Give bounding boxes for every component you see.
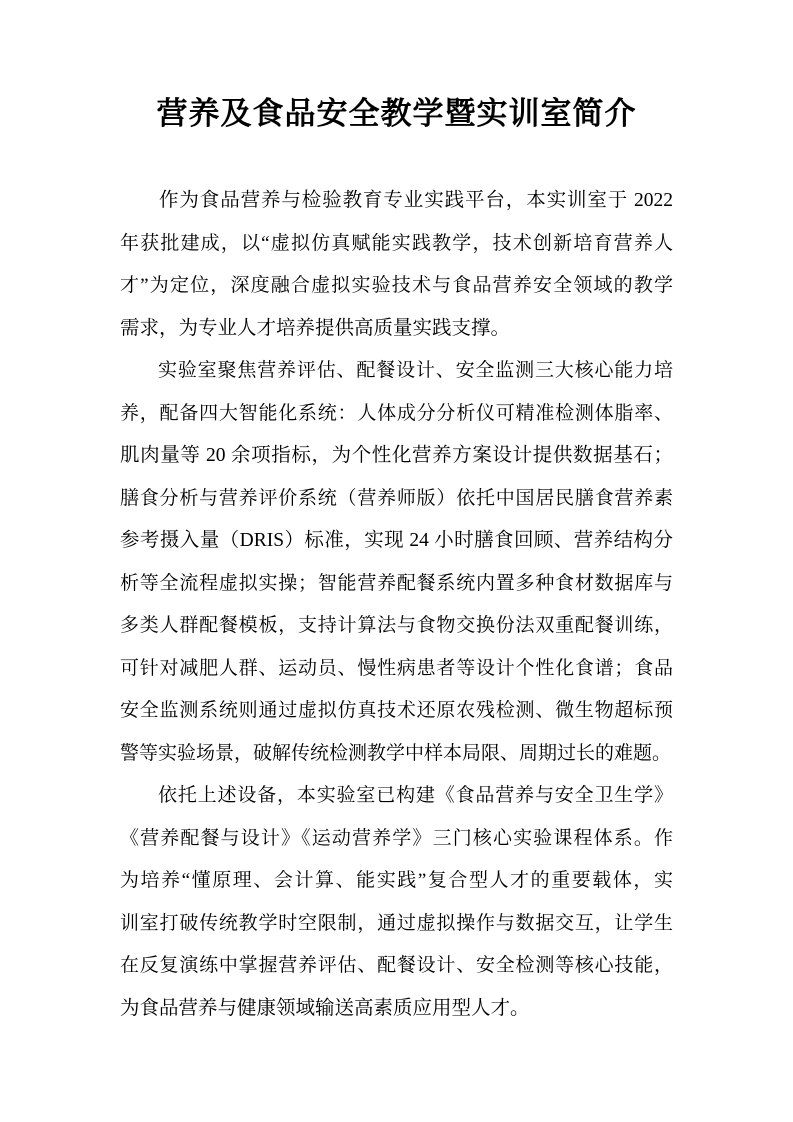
text-line: 多类人群配餐模板，支持计算法与食物交换份法双重配餐训练，	[120, 605, 673, 648]
text-line: 作为食品营养与检验教育专业实践平台，本实训室于 2022	[120, 180, 673, 223]
text-line: 训室打破传统教学时空限制，通过虚拟操作与数据交互，让学生	[120, 903, 673, 946]
text-line: 实验室聚焦营养评估、配餐设计、安全监测三大核心能力培	[120, 350, 673, 393]
text-line: 为食品营养与健康领域输送高素质应用型人才。	[120, 988, 673, 1031]
text-line: 养，配备四大智能化系统：人体成分分析仪可精准检测体脂率、	[120, 393, 673, 436]
text-line: 析等全流程虚拟实操；智能营养配餐系统内置多种食材数据库与	[120, 563, 673, 606]
text-line: 在反复演练中掌握营养评估、配餐设计、安全检测等核心技能，	[120, 945, 673, 988]
text-line: 为培养“懂原理、会计算、能实践”复合型人才的重要载体，实	[120, 860, 673, 903]
document-page: 营养及食品安全教学暨实训室简介 作为食品营养与检验教育专业实践平台，本实训室于 …	[0, 0, 793, 1122]
text-line: 安全监测系统则通过虚拟仿真技术还原农残检测、微生物超标预	[120, 690, 673, 733]
paragraph-3: 依托上述设备，本实验室已构建《食品营养与安全卫生学》 《营养配餐与设计》《运动营…	[120, 775, 673, 1030]
document-body: 作为食品营养与检验教育专业实践平台，本实训室于 2022 年获批建成，以“虚拟仿…	[120, 180, 673, 1030]
text-line: 年获批建成，以“虚拟仿真赋能实践教学，技术创新培育营养人	[120, 223, 673, 266]
text-line: 膳食分析与营养评价系统（营养师版）依托中国居民膳食营养素	[120, 478, 673, 521]
paragraph-1: 作为食品营养与检验教育专业实践平台，本实训室于 2022 年获批建成，以“虚拟仿…	[120, 180, 673, 350]
text-line: 需求，为专业人才培养提供高质量实践支撑。	[120, 308, 673, 351]
text-line: 《营养配餐与设计》《运动营养学》三门核心实验课程体系。作	[120, 818, 673, 861]
text-line: 依托上述设备，本实验室已构建《食品营养与安全卫生学》	[120, 775, 673, 818]
paragraph-2: 实验室聚焦营养评估、配餐设计、安全监测三大核心能力培 养，配备四大智能化系统：人…	[120, 350, 673, 775]
text-line: 参考摄入量（DRIS）标准，实现 24 小时膳食回顾、营养结构分	[120, 520, 673, 563]
text-line: 警等实验场景，破解传统检测教学中样本局限、周期过长的难题。	[120, 733, 673, 776]
document-title: 营养及食品安全教学暨实训室简介	[120, 92, 673, 136]
document-content: 营养及食品安全教学暨实训室简介 作为食品营养与检验教育专业实践平台，本实训室于 …	[0, 92, 793, 1030]
text-line: 才”为定位，深度融合虚拟实验技术与食品营养安全领域的教学	[120, 265, 673, 308]
text-line: 可针对减肥人群、运动员、慢性病患者等设计个性化食谱；食品	[120, 648, 673, 691]
text-line: 肌肉量等 20 余项指标，为个性化营养方案设计提供数据基石；	[120, 435, 673, 478]
